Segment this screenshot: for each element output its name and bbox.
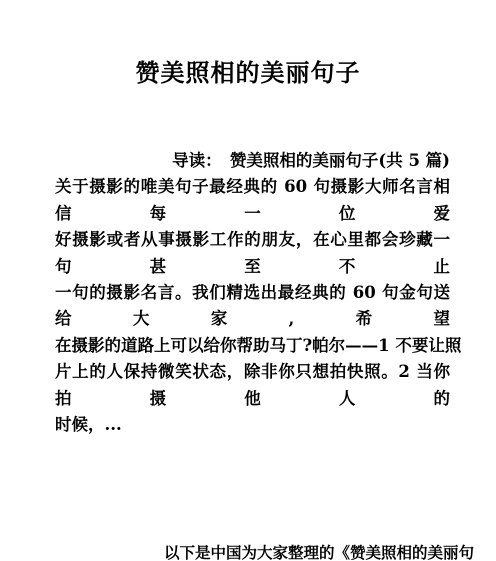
paragraph-line: 好摄影或者从事摄影工作的朋友，在心里都会珍藏一句甚至不止 bbox=[55, 227, 450, 280]
paragraph-line-left: 在摄影的道路上可以给你帮助 bbox=[55, 333, 270, 359]
paragraph-line: 片上的人保持微笑状态，除非你只想拍快照。2 当你拍摄他人的 bbox=[55, 359, 450, 412]
body-paragraph: 导读： 赞美照相的美丽句子(共 5 篇) 关于摄影的唯美句子最经典的 60 句摄… bbox=[55, 148, 450, 438]
paragraph-line: 一句的摄影名言。我们精选出最经典的 60 句金句送给大家,希望 bbox=[55, 280, 450, 333]
paragraph-line: 时候，... bbox=[55, 412, 450, 438]
document-title: 赞美照相的美丽句子 bbox=[0, 57, 496, 89]
next-page-first-line: 以下是中国为大家整理的《赞美照相的美丽句 bbox=[164, 543, 474, 561]
paragraph-line-right: 马丁?帕尔——1 不要让照 bbox=[270, 333, 462, 359]
paragraph-line: 关于摄影的唯美句子最经典的 60 句摄影大师名言相信每一位爱 bbox=[55, 174, 450, 227]
lead-line: 导读： 赞美照相的美丽句子(共 5 篇) bbox=[55, 148, 450, 174]
paragraph-line: 在摄影的道路上可以给你帮助 马丁?帕尔——1 不要让照 bbox=[55, 333, 450, 359]
document-page: 赞美照相的美丽句子 导读： 赞美照相的美丽句子(共 5 篇) 关于摄影的唯美句子… bbox=[0, 0, 496, 561]
